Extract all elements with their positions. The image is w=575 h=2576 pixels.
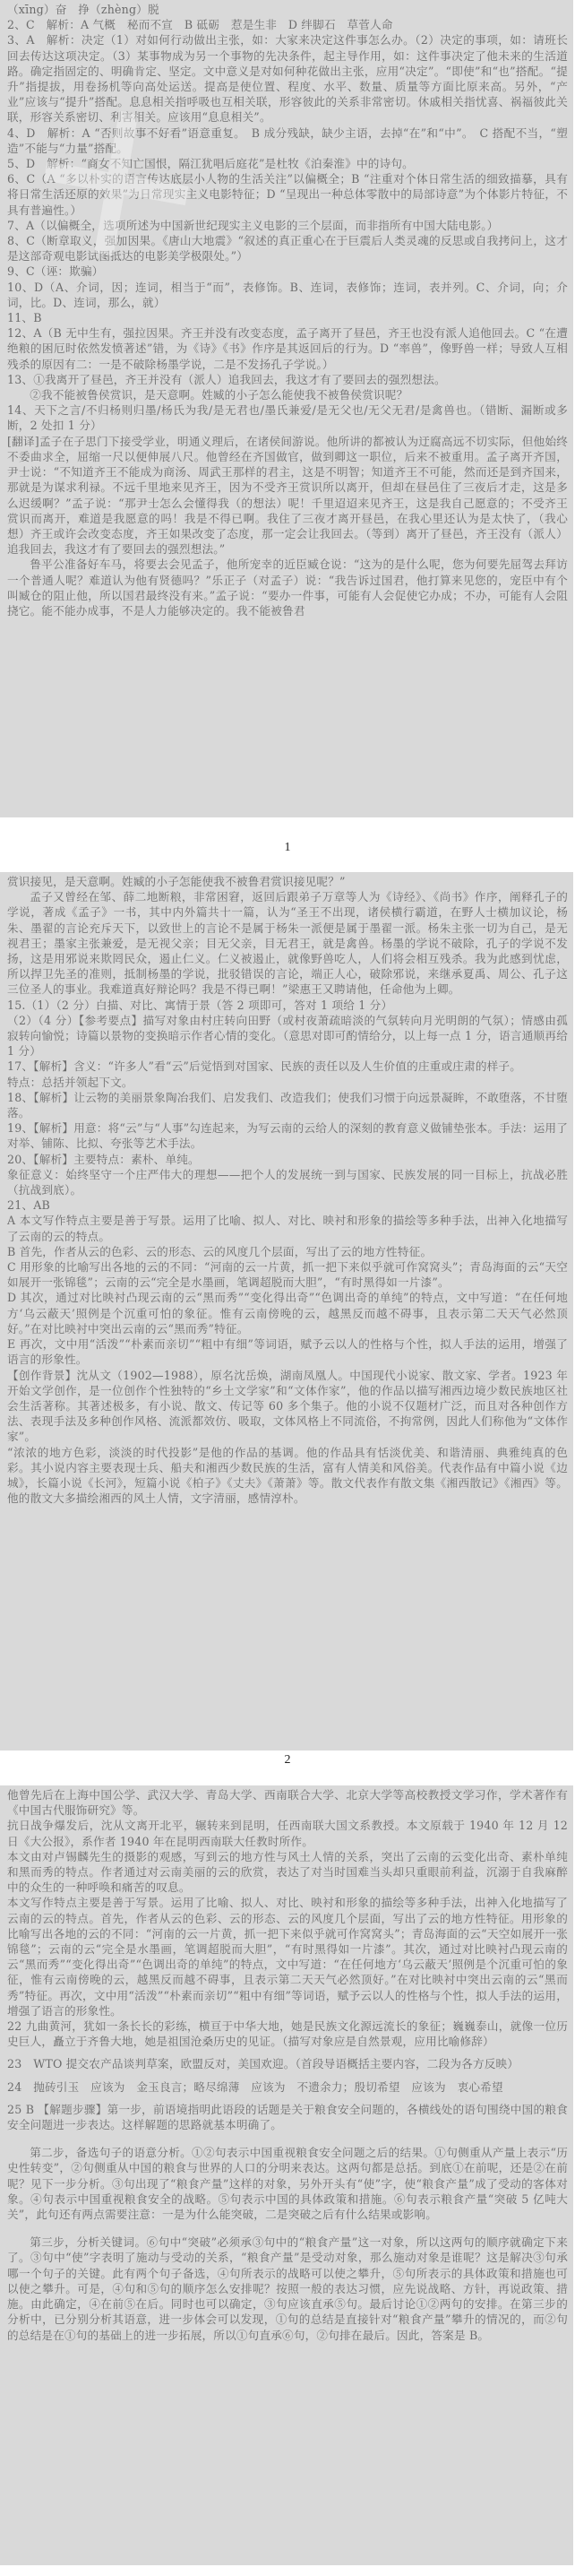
page-3: 他曾先后在上海中国公学、武汉大学、青岛大学、西南联合大学、北京大学等高校教授文学… [0, 1785, 573, 2565]
answer-21-a: A 本文写作特点主要是善于写景。运用了比喻、拟人、对比、映衬和形象的描绘等多种手… [7, 1213, 568, 1243]
page-number-2: 2 [0, 1753, 575, 1768]
answer-7: 7、A（以偏概全，选项所述为中国新世纪现实主义电影的三个层面，而非指所有中国大陆… [7, 218, 568, 233]
answer-13-part-1: 13、①我离开了昼邑，齐王并没有（派人）追我回去，我这才有了要回去的强烈想法。 [7, 372, 568, 387]
answer-4: 4、D 解析：A “否则故事不好看”语意重复。 B 成分残缺，缺少主语，去掉“在… [7, 125, 568, 156]
answer-17: 17、【解析】含义：“许多人”看“云”后觉悟到对国家、民族的责任以及人生价值的庄… [7, 1059, 568, 1074]
answer-19: 19、【解析】用意：将“云”与“人事”勾连起来，为写云南的云给人的深刻的教育意义… [7, 1120, 568, 1151]
answer-6: 6、C（A “多以朴实的语言传达底层小人物的生活关注”以偏概全；B “注重对个体… [7, 171, 568, 218]
answer-21-c: C 用形象的比喻写出各地的云的不同：“河南的云一片黄，抓一把下来似乎就可作窝窝头… [7, 1259, 568, 1290]
answer-11: 11、B [7, 310, 568, 325]
translation-continued: 赏识接见，是天意啊。姓臧的小子怎能使我不被鲁君赏识接见呢？” [7, 874, 568, 889]
answer-25-step-1: 25 B 【解题步骤】第一步，前语境指明此语段的话题是关于粮食安全问题的，各横线… [7, 2102, 568, 2132]
writing-features: 本文写作特点主要是善于写景。运用了比喻、拟人、对比、映衬和形象的描绘等多种手法，… [7, 1895, 568, 2018]
answer-21-e: E 再次，文中用“活泼”“朴素而亲切”“粗中有细”等词语，赋予云以人的性格与个性… [7, 1336, 568, 1367]
answer-15-part-2: （2）（4 分）【参考要点】描写对象由村庄转向田野（或村夜萧疏暗淡的气氛转向月光… [7, 1013, 568, 1059]
answer-1-pinyin: （xīng）奋 挣（zhèng）脱 [7, 2, 568, 17]
answer-8: 8、C（断章取义，强加因果。《唐山大地震》“叙述的真正重心在于巨震后人类灵魂的反… [7, 233, 568, 264]
answer-17-feature: 特点：总括并领起下文。 [7, 1075, 568, 1090]
answer-25-step-2: 第二步，备选句子的语意分析。①②句表示中国重视粮食安全问题之后的结果。①句侧重从… [7, 2145, 568, 2222]
answer-20: 20、【解析】主要特点：素朴、单纯。 [7, 1152, 568, 1167]
answer-18: 18、【解析】让云物的美丽景象陶冶我们、启发我们、改造我们；使我们习惯于向远景凝… [7, 1090, 568, 1120]
answer-13-part-2: ②我不能被鲁侯赏识，是天意啊。姓臧的小子怎么能使我不被鲁侯赏识呢？ [7, 387, 568, 402]
answer-12: 12、A（B 无中生有，强拉因果。齐王并没有改变态度，孟子离开了昼邑，齐王也没有… [7, 325, 568, 372]
answer-23: 23 WTO 提交农产品谈判草案，欧盟反对，美国欢迎。（首段导语概括主要内容，二… [7, 2056, 568, 2071]
answer-25-step-3: 第三步，分析关键词。⑥句中“突破”必须承③句中的“粮食产量”这一对象，所以这两句… [7, 2235, 568, 2342]
answer-21-b: B 首先，作者从云的色彩、云的形态、云的风度几个层面，写出了云的地方性特征。 [7, 1244, 568, 1259]
answer-20-symbol: 象征意义：始终坚守一个庄严伟大的理想——把个人的发展统一到与国家、民族发展的同一… [7, 1167, 568, 1197]
answer-10: 10、D（A、介词，因；连词，相当于“而”，表修饰。B、连词，表修饰；连词，表并… [7, 280, 568, 310]
author-career: 他曾先后在上海中国公学、武汉大学、青岛大学、西南联合大学、北京大学等高校教授文学… [7, 1787, 568, 1818]
answer-5: 5、D 解析：“商女不知亡国恨，隔江犹唱后庭花”是杜牧《泊秦淮》中的诗句。 [7, 156, 568, 171]
answer-2: 2、C 解析：A 气概 秘而不宣 B 砥砺 惹是生非 D 绊脚石 草菅人命 [7, 17, 568, 32]
answer-22: 22 九曲黄河，犹如一条长长的彩练，横亘于中华大地，她是民族文化源远流长的象征；… [7, 2018, 568, 2049]
author-style: “浓浓的地方色彩，淡淡的时代投影”是他的作品的基调。他的作品具有恬淡优美、和谐清… [7, 1445, 568, 1507]
article-summary: 本文由对卢锡麟先生的摄影的观感，写到云的地方性与风土人情的关系，突出了云南的云变… [7, 1849, 568, 1896]
answer-21-d: D 其次，通过对比映衬凸现云南的云“黑而秀”“变化得出奇”“色调出奇的单纯”的特… [7, 1290, 568, 1336]
translation-paragraph-1: [翻译]孟子在子思门下接受学业，明通义理后，在诸侯间游说。他所讲的都被认为迂腐高… [7, 434, 568, 558]
page-2: 赏识接见，是天意啊。姓臧的小子怎能使我不被鲁君赏识接见呢？” 孟子又曾经在邹、薛… [0, 872, 573, 1750]
answer-21: 21、AB [7, 1197, 568, 1213]
answer-24: 24 抛砖引玉 应该为 金玉良言；略尽绵薄 应该为 不遗余力；殷切希望 应该为 … [7, 2079, 568, 2095]
answer-15-part-1: 15.（1）（2 分）白描、对比、寓情于景（答 2 项即可，答对 1 项给 1 … [7, 998, 568, 1013]
translation-paragraph-2: 鲁平公准备好车马，将要去会见孟子，他所宠幸的近臣臧仓说：“这为的是什么呢，您为何… [7, 557, 568, 618]
creation-background: 【创作背景】沈从文（1902—1988），原名沈岳焕，湖南凤凰人。中国现代小说家… [7, 1368, 568, 1445]
answer-14: 14、天下之言/不归杨则归墨/杨氏为我/是无君也/墨氏兼爱/是无父也/无父无君/… [7, 402, 568, 433]
page-number-1: 1 [0, 841, 575, 855]
answer-9: 9、C（诬：欺骗） [7, 264, 568, 279]
article-origin: 抗日战争爆发后，沈从文离开北平，辗转来到昆明，任西南联大国文系教授。本文原载于 … [7, 1818, 568, 1848]
translation-paragraph-3: 孟子又曾经在邹、薛二地断粮，非常困窘，返回后跟弟子万章等人为《诗经》、《尚书》作… [7, 889, 568, 997]
page-1: （xīng）奋 挣（zhèng）脱 2、C 解析：A 气概 秘而不宣 B 砥砺 … [0, 0, 573, 817]
answer-3: 3、A 解析：决定（1）对如何行动做出主张，如：大家来决定这件事怎么办。（2）决… [7, 32, 568, 125]
